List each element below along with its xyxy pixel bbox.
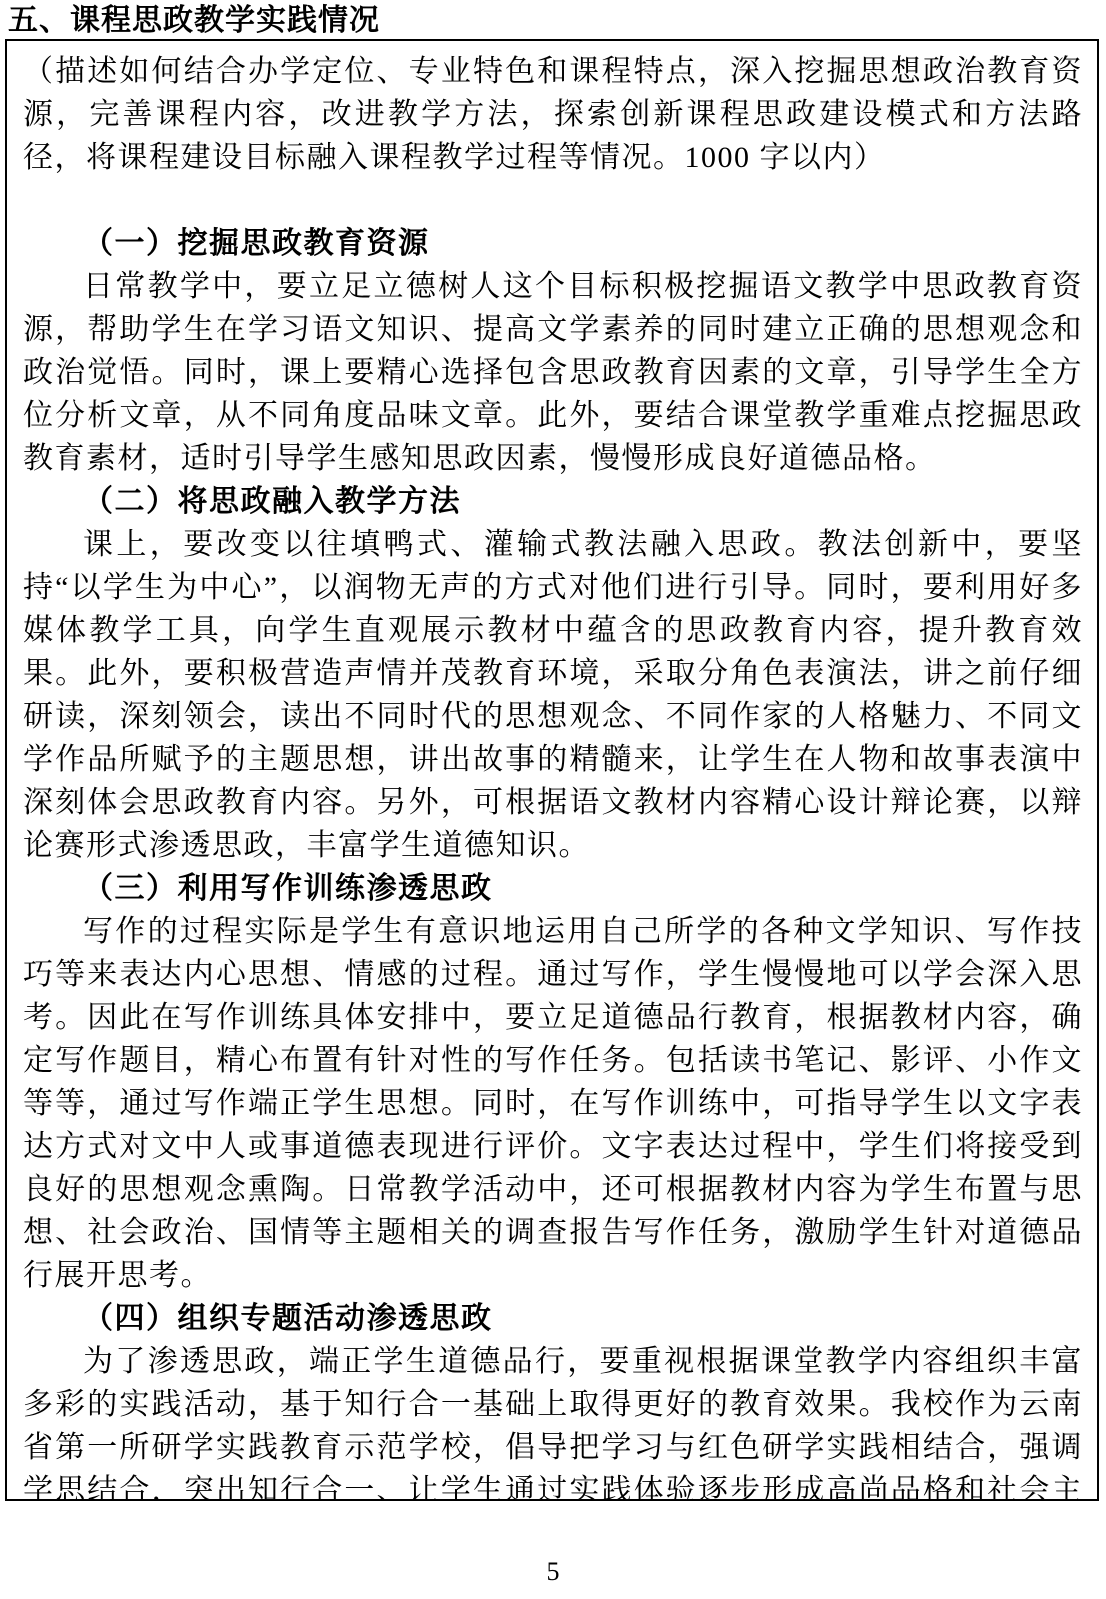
description-paragraph: （描述如何结合办学定位、专业特色和课程特点，深入挖掘思想政治教育资源，完善课程内… xyxy=(23,50,1083,179)
section-1-heading: （一）挖掘思政教育资源 xyxy=(23,222,1083,265)
section-1-paragraph: 日常教学中，要立足立德树人这个目标积极挖掘语文教学中思政教育资源，帮助学生在学习… xyxy=(23,265,1083,480)
section-3-heading: （三）利用写作训练渗透思政 xyxy=(23,867,1083,910)
practice-description-box: （描述如何结合办学定位、专业特色和课程特点，深入挖掘思想政治教育资源，完善课程内… xyxy=(5,39,1099,1501)
section-4-heading: （四）组织专题活动渗透思政 xyxy=(23,1297,1083,1340)
blank-line xyxy=(23,179,1083,222)
section-2-heading: （二）将思政融入教学方法 xyxy=(23,480,1083,523)
section-3-paragraph: 写作的过程实际是学生有意识地运用自己所学的各种文学知识、写作技巧等来表达内心思想… xyxy=(23,910,1083,1297)
section-1: （一）挖掘思政教育资源 日常教学中，要立足立德树人这个目标积极挖掘语文教学中思政… xyxy=(23,222,1083,480)
page-number: 5 xyxy=(0,1557,1106,1587)
section-2: （二）将思政融入教学方法 课上，要改变以往填鸭式、灌输式教法融入思政。教法创新中… xyxy=(23,480,1083,867)
page-title: 五、课程思政教学实践情况 xyxy=(8,4,380,38)
section-2-paragraph: 课上，要改变以往填鸭式、灌输式教法融入思政。教法创新中，要坚持“以学生为中心”，… xyxy=(23,523,1083,867)
section-4-paragraph: 为了渗透思政，端正学生道德品行，要重视根据课堂教学内容组织丰富多彩的实践活动，基… xyxy=(23,1340,1083,1501)
section-3: （三）利用写作训练渗透思政 写作的过程实际是学生有意识地运用自己所学的各种文学知… xyxy=(23,867,1083,1297)
section-4: （四）组织专题活动渗透思政 为了渗透思政，端正学生道德品行，要重视根据课堂教学内… xyxy=(23,1297,1083,1501)
